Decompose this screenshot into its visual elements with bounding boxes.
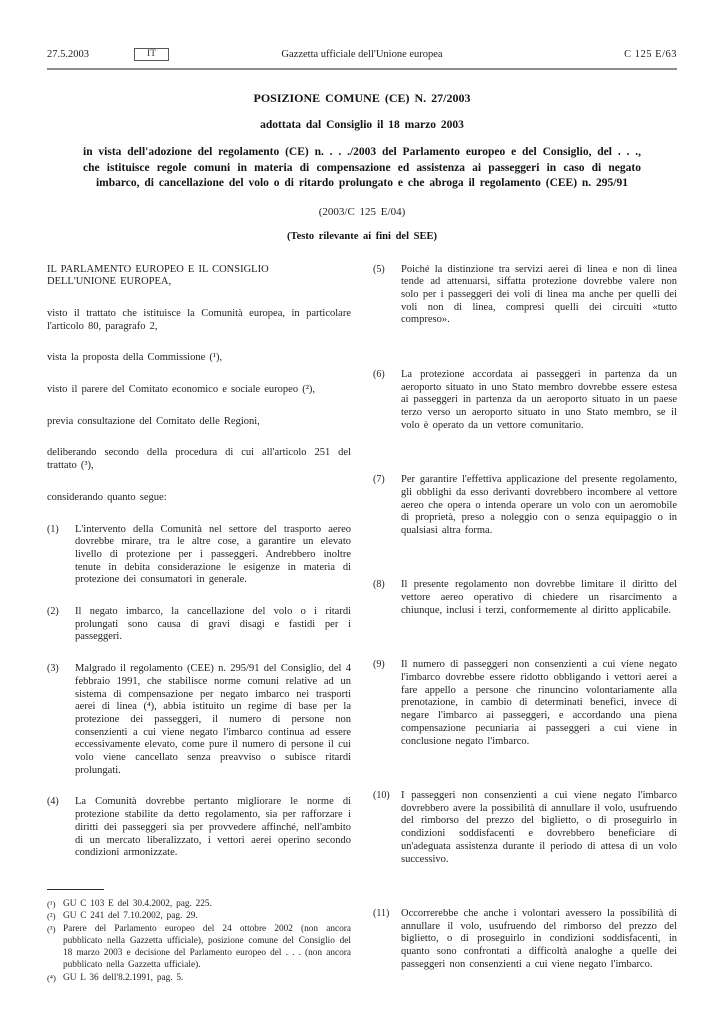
title-block: POSIZIONE COMUNE (CE) N. 27/2003 adottat…: [47, 91, 677, 242]
recital-text: Per garantire l'effettiva applicazione d…: [401, 474, 677, 538]
recital-text: Poiché la distinzione tra servizi aerei …: [401, 264, 677, 328]
footnote-marker: (²): [47, 910, 63, 922]
document-title: POSIZIONE COMUNE (CE) N. 27/2003: [47, 91, 677, 106]
recital-item: (3) Malgrado il regolamento (CEE) n. 295…: [47, 663, 351, 777]
footnote-text: GU C 241 del 7.10.2002, pag. 29.: [63, 910, 351, 922]
recital-text: L'intervento della Comunità nel settore …: [75, 524, 351, 588]
page-header: 27.5.2003 IT Gazzetta ufficiale dell'Uni…: [47, 48, 677, 70]
footnote-text: Parere del Parlamento europeo del 24 ott…: [63, 923, 351, 972]
footnote-item: (³) Parere del Parlamento europeo del 24…: [47, 923, 351, 972]
recital-text: Il presente regolamento non dovrebbe lim…: [401, 579, 677, 617]
recital-number: (8): [373, 579, 401, 617]
footnotes-block: (¹) GU C 103 E del 30.4.2002, pag. 225. …: [47, 879, 351, 984]
footnote-separator: [47, 889, 104, 890]
footnote-item: (¹) GU C 103 E del 30.4.2002, pag. 225.: [47, 898, 351, 910]
recital-text: La protezione accordata ai passeggeri in…: [401, 369, 677, 433]
page-reference: C 125 E/63: [555, 49, 677, 60]
language-badge: IT: [134, 48, 169, 61]
recital-item: (7) Per garantire l'effettiva applicazio…: [373, 474, 677, 538]
recital-item: (2) Il negato imbarco, la cancellazione …: [47, 606, 351, 644]
recital-number: (4): [47, 796, 75, 860]
two-column-body: IL PARLAMENTO EUROPEO E IL CONSIGLIO DEL…: [47, 264, 677, 982]
journal-page: 27.5.2003 IT Gazzetta ufficiale dell'Uni…: [0, 0, 724, 1024]
recital-number: (3): [47, 663, 75, 777]
recital-text: Il negato imbarco, la cancellazione del …: [75, 606, 351, 644]
preamble-opening: IL PARLAMENTO EUROPEO E IL CONSIGLIO DEL…: [47, 264, 287, 289]
journal-title: Gazzetta ufficiale dell'Unione europea: [169, 49, 555, 60]
citation-paragraph: vista la proposta della Commissione (¹),: [47, 352, 351, 365]
eea-relevance-note: (Testo rilevante ai fini del SEE): [47, 231, 677, 242]
footnote-item: (²) GU C 241 del 7.10.2002, pag. 29.: [47, 910, 351, 922]
footnote-text: GU C 103 E del 30.4.2002, pag. 225.: [63, 898, 351, 910]
footnote-marker: (³): [47, 923, 63, 972]
recital-item: (11) Occorrerebbe che anche i volontari …: [373, 908, 677, 972]
citation-paragraph: deliberando secondo della procedura di c…: [47, 447, 351, 472]
document-reference: (2003/C 125 E/04): [47, 206, 677, 218]
recital-text: La Comunità dovrebbe pertanto migliorare…: [75, 796, 351, 860]
recital-text: Il numero di passeggeri non consenzienti…: [401, 659, 677, 748]
recital-item: (10) I passeggeri non consenzienti a cui…: [373, 790, 677, 866]
recital-number: (11): [373, 908, 401, 972]
footnote-marker: (⁴): [47, 972, 63, 984]
recital-item: (1) L'intervento della Comunità nel sett…: [47, 524, 351, 588]
recital-number: (10): [373, 790, 401, 866]
recital-number: (9): [373, 659, 401, 748]
recital-item: (6) La protezione accordata ai passegger…: [373, 369, 677, 433]
recital-text: I passeggeri non consenzienti a cui vien…: [401, 790, 677, 866]
recital-item: (5) Poiché la distinzione tra servizi ae…: [373, 264, 677, 328]
document-summary: in vista dell'adozione del regolamento (…: [83, 145, 641, 192]
recital-number: (2): [47, 606, 75, 644]
footnote-item: (⁴) GU L 36 dell'8.2.1991, pag. 5.: [47, 972, 351, 984]
header-left-group: 27.5.2003 IT: [47, 48, 169, 61]
recital-item: (8) Il presente regolamento non dovrebbe…: [373, 579, 677, 617]
citation-paragraph: considerando quanto segue:: [47, 492, 351, 505]
right-column: (5) Poiché la distinzione tra servizi ae…: [373, 264, 677, 982]
document-subtitle: adottata dal Consiglio il 18 marzo 2003: [47, 119, 677, 131]
citation-paragraph: visto il trattato che istituisce la Comu…: [47, 308, 351, 333]
footnote-text: GU L 36 dell'8.2.1991, pag. 5.: [63, 972, 351, 984]
recital-number: (7): [373, 474, 401, 538]
recital-item: (4) La Comunità dovrebbe pertanto miglio…: [47, 796, 351, 860]
recital-item: (9) Il numero di passeggeri non consenzi…: [373, 659, 677, 748]
footnote-marker: (¹): [47, 898, 63, 910]
citation-paragraph: previa consultazione del Comitato delle …: [47, 416, 351, 429]
recital-number: (1): [47, 524, 75, 588]
recital-number: (6): [373, 369, 401, 433]
recital-number: (5): [373, 264, 401, 328]
recital-text: Occorrerebbe che anche i volontari avess…: [401, 908, 677, 972]
left-column: IL PARLAMENTO EUROPEO E IL CONSIGLIO DEL…: [47, 264, 351, 982]
citation-paragraph: visto il parere del Comitato economico e…: [47, 384, 351, 397]
recital-text: Malgrado il regolamento (CEE) n. 295/91 …: [75, 663, 351, 777]
issue-date: 27.5.2003: [47, 49, 89, 60]
